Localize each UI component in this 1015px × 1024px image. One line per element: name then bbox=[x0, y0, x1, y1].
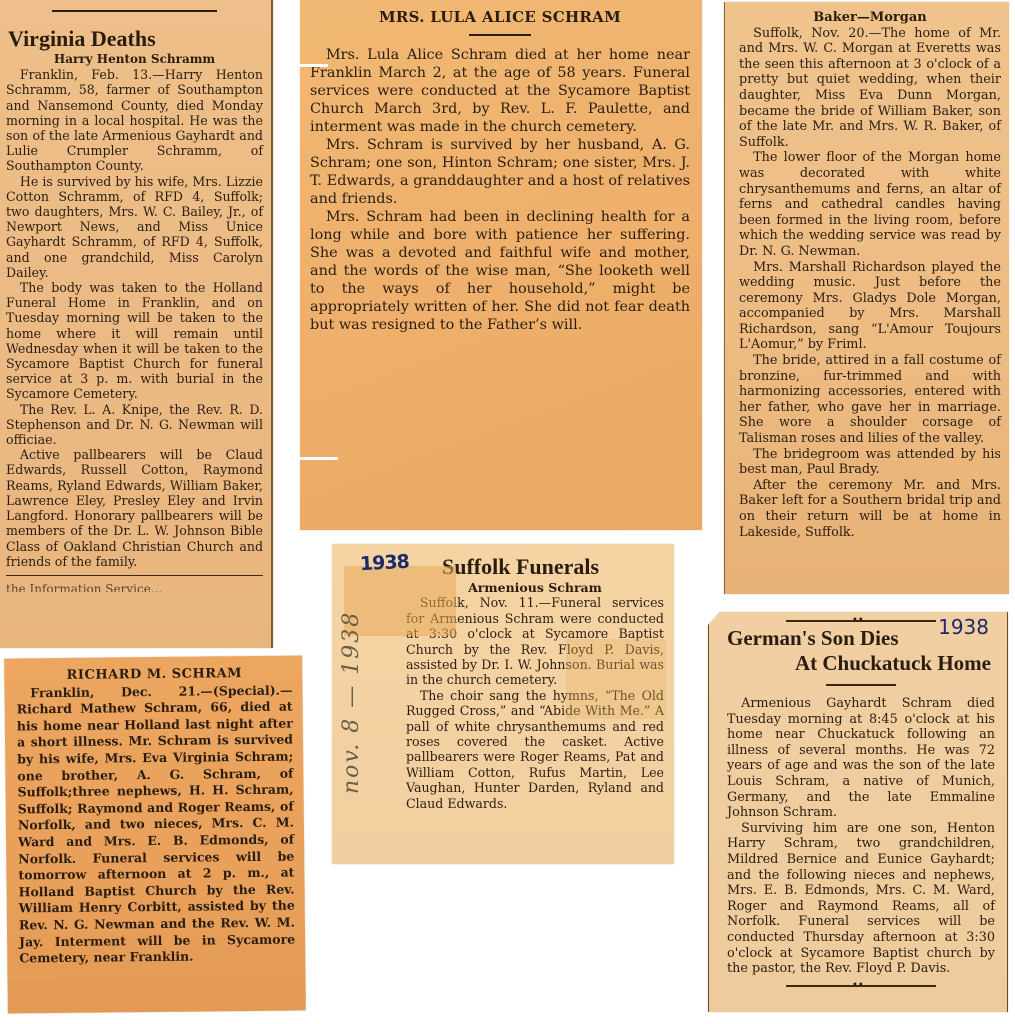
paragraph: Surviving him are one son, Henton Harry … bbox=[727, 821, 995, 977]
clipping-baker-morgan: Baker—Morgan Suffolk, Nov. 20.—The home … bbox=[724, 2, 1009, 594]
clipping-title: Baker—Morgan bbox=[739, 10, 1001, 26]
bottom-rule bbox=[786, 985, 936, 987]
paragraph: Mrs. Schram had been in declining health… bbox=[310, 208, 690, 334]
clipping-title: Virginia Deaths bbox=[8, 26, 263, 52]
paragraph: The bride, attired in a fall costume of … bbox=[739, 353, 1001, 447]
clipping-lula-alice-schram: MRS. LULA ALICE SCHRAM Mrs. Lula Alice S… bbox=[300, 0, 702, 530]
paragraph: Active pallbearers will be Claud Edwards… bbox=[6, 447, 263, 569]
tear-notch bbox=[298, 457, 338, 460]
clipping-virginia-deaths: Virginia Deaths Harry Henton Schramm Fra… bbox=[0, 0, 273, 648]
top-rule bbox=[52, 10, 217, 12]
paragraph: After the ceremony Mr. and Mrs. Baker le… bbox=[739, 478, 1001, 540]
tape-stain bbox=[566, 639, 666, 719]
paragraph: The bridegroom was attended by his best … bbox=[739, 447, 1001, 478]
tear-notch bbox=[298, 64, 328, 67]
clipping-title: Suffolk Funerals bbox=[442, 554, 664, 580]
title-rule bbox=[469, 34, 531, 36]
bottom-rule bbox=[6, 575, 263, 576]
top-rule bbox=[786, 620, 936, 622]
cut-off-line: the Information Service... bbox=[6, 582, 263, 592]
clipping-title-line-2: At Chuckatuck Home bbox=[727, 651, 995, 676]
handwritten-margin-note: nov. 8 — 1938 bbox=[344, 514, 359, 794]
handwritten-year: 1938 bbox=[360, 555, 410, 573]
paragraph: Mrs. Marshall Richardson played the wedd… bbox=[739, 260, 1001, 354]
paragraph: Mrs. Lula Alice Schram died at her home … bbox=[310, 46, 690, 136]
paragraph: The lower floor of the Morgan home was d… bbox=[739, 150, 1001, 259]
clipping-germans-son-dies: 1938 German's Son Dies At Chuckatuck Hom… bbox=[708, 612, 1008, 1012]
clipping-richard-m-schram: RICHARD M. SCHRAM Franklin, Dec. 21.—(Sp… bbox=[4, 655, 306, 1013]
paragraph: The body was taken to the Holland Funera… bbox=[6, 280, 263, 402]
handwritten-year: 1938 bbox=[938, 620, 989, 636]
torn-corner bbox=[707, 610, 721, 626]
clipping-suffolk-funerals: 1938 nov. 8 — 1938 Suffolk Funerals Arme… bbox=[332, 544, 674, 864]
paragraph: The Rev. L. A. Knipe, the Rev. R. D. Ste… bbox=[6, 402, 263, 448]
paragraph: Franklin, Feb. 13.—Harry Henton Schramm,… bbox=[6, 67, 263, 173]
clipping-subtitle: Harry Henton Schramm bbox=[6, 52, 263, 67]
paragraph: He is survived by his wife, Mrs. Lizzie … bbox=[6, 174, 263, 280]
paragraph: Armenious Gayhardt Schram died Tuesday m… bbox=[727, 696, 995, 821]
paragraph: Suffolk, Nov. 20.—The home of Mr. and Mr… bbox=[739, 26, 1001, 151]
title-rule bbox=[826, 684, 896, 686]
paragraph: Mrs. Schram is survived by her husband, … bbox=[310, 136, 690, 208]
paragraph: Franklin, Dec. 21.—(Special).—Richard Ma… bbox=[16, 682, 295, 967]
clipping-title: MRS. LULA ALICE SCHRAM bbox=[310, 8, 690, 26]
